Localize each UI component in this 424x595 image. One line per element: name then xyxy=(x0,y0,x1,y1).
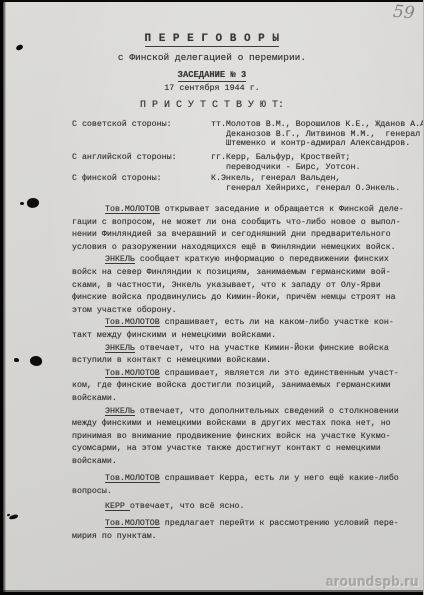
attendee-side-label: С финской стороны: xyxy=(72,174,162,184)
paragraph: Тов.МОЛОТОВ предлагает перейти к рассмот… xyxy=(72,518,417,543)
document-title: П Е Р Е Г О В О Р Ы xyxy=(145,33,280,47)
ink-blot xyxy=(20,202,24,205)
body-line: нении Финляндией за вчерашний и сегодняш… xyxy=(72,229,417,242)
ink-blot xyxy=(15,44,23,51)
paragraph: КЕРР отвечает, что всё ясно. xyxy=(72,501,417,514)
body-line: суомсарми, на этом участке также достигн… xyxy=(72,443,417,456)
body-line: такт между финскими и немецкими войсками… xyxy=(72,330,417,343)
attendee-name-line: переводчики - Бирс, Уотсон. xyxy=(211,163,360,173)
ink-blot xyxy=(26,197,39,209)
speaker-name: ЭНКЕЛЬ xyxy=(105,344,135,353)
paragraph-text: спрашивает, является ли это единственным… xyxy=(160,369,399,378)
attendee-name-line: генерал Хейнрихс, генерал О.Энкель. xyxy=(211,184,400,194)
attendee-name-line: тт.Молотов В.М., Ворошилов К.Е., Жданов … xyxy=(211,120,424,130)
attendee-name-line: Штеменко и контр-адмирал Александров. xyxy=(211,139,424,149)
attendee-names: К.Энкель, генерал Вальден,генерал Хейнри… xyxy=(211,174,400,193)
speaker-name: Тов.МОЛОТОВ xyxy=(105,519,160,528)
body-line: сками, в частности, Энкель указывает, чт… xyxy=(72,280,417,293)
scan-border-left xyxy=(0,0,6,595)
paragraph-text: спрашивает Керра, есть ли у него ещё как… xyxy=(160,474,399,483)
scan-border-top xyxy=(0,0,424,2)
attendee-names: тт.Молотов В.М., Ворошилов К.Е., Жданов … xyxy=(211,120,424,149)
paragraph-text: отвечает, что на участке Кимин-Йоки финс… xyxy=(135,344,389,353)
attendee-name-line: Деканозов В.Г., Литвинов М.М., генерал xyxy=(211,130,424,140)
body-line: финские войска продвинулись до Кимин-Йок… xyxy=(72,292,417,305)
page-number-handwritten: 59 xyxy=(392,2,424,25)
ink-blot xyxy=(14,358,19,362)
speaker-name: Тов.МОЛОТОВ xyxy=(105,205,160,214)
paragraph-text: отвечает, что дополнительных сведений о … xyxy=(135,407,399,416)
paragraph: ЭНКЕЛЬ отвечает, что на участке Кимин-Йо… xyxy=(72,343,417,368)
body-line: войсками. xyxy=(72,393,417,406)
scan-border-bottom xyxy=(0,590,424,595)
speaker-name: Тов.МОЛОТОВ xyxy=(105,318,160,327)
attendee-side-label: С английской стороны: xyxy=(72,153,177,163)
body-line: войск на север Финляндии к позициям, зан… xyxy=(72,267,417,280)
paragraph: Тов.МОЛОТОВ спрашивает, является ли это … xyxy=(72,368,417,406)
paragraph: ЭНКЕЛЬ отвечает, что дополнительных свед… xyxy=(72,406,417,469)
minutes-body: Тов.МОЛОТОВ открывает заседание и обраща… xyxy=(72,204,417,543)
ink-blot xyxy=(30,355,43,366)
body-line: этом участке оборону. xyxy=(72,305,417,318)
document-page: 59 П Е Р Е Г О В О Р Ы с Финской делегац… xyxy=(0,0,424,595)
paragraph-text: открывает заседание и обращается к Финск… xyxy=(160,205,404,214)
paragraph: ЭНКЕЛЬ сообщает краткую информацию о пер… xyxy=(72,254,417,317)
paragraph-text: отвечает, что всё ясно. xyxy=(130,502,245,511)
body-line: гации с вопросом, не может ли она сообщи… xyxy=(72,217,417,230)
paragraph-text: спрашивает, есть ли на каком-либо участк… xyxy=(160,318,394,327)
body-line: условия о разоружении находящихся ещё в … xyxy=(72,242,417,255)
body-line: ком, где финские войска достигли позиций… xyxy=(72,380,417,393)
body-line: вступили в контакт с немецкими войсками. xyxy=(72,355,417,368)
paragraph: Тов.МОЛОТОВ спрашивает, есть ли на каком… xyxy=(72,317,417,342)
speaker-name: ЭНКЕЛЬ xyxy=(105,407,135,416)
speaker-name: Тов.МОЛОТОВ xyxy=(105,474,160,483)
speaker-name: Тов.МОЛОТОВ xyxy=(105,369,160,378)
body-line: мирия по пунктам. xyxy=(72,531,417,544)
body-line: между финскими и немецкими войсками в др… xyxy=(72,418,417,431)
present-heading: П Р И С У Т С Т В У Ю Т: xyxy=(10,100,414,111)
document-subtitle: с Финской делегацией о перемирии. xyxy=(10,52,414,63)
watermark: aroundspb.ru xyxy=(326,574,419,589)
speaker-name: ЭНКЕЛЬ xyxy=(105,255,135,264)
document-title-row: П Е Р Е Г О В О Р Ы xyxy=(10,33,414,47)
session-date: 17 сентября 1944 г. xyxy=(10,83,414,93)
body-line: войсками. xyxy=(72,456,417,469)
speaker-name: КЕРР xyxy=(105,502,130,511)
session-title: ЗАСЕДАНИЕ № 3 xyxy=(178,70,247,82)
paragraph: Тов.МОЛОТОВ открывает заседание и обраща… xyxy=(72,204,417,254)
body-line: принимая во внимание продвижение финских… xyxy=(72,431,417,444)
attendee-names: гг.Керр, Бальфур, Кроствейт;переводчики … xyxy=(211,153,360,172)
body-line: вопросы. xyxy=(72,486,417,499)
attendee-name-line: гг.Керр, Бальфур, Кроствейт; xyxy=(211,153,360,163)
attendee-side-label: С советской стороны: xyxy=(72,120,172,130)
paragraph: Тов.МОЛОТОВ спрашивает Керра, есть ли у … xyxy=(72,473,417,498)
session-title-row: ЗАСЕДАНИЕ № 3 xyxy=(10,70,414,82)
paragraph-text: предлагает перейти к рассмотрению услови… xyxy=(160,519,399,528)
paragraph-text: сообщает краткую информацию о передвижен… xyxy=(135,255,389,264)
attendee-name-line: К.Энкель, генерал Вальден, xyxy=(211,174,400,184)
